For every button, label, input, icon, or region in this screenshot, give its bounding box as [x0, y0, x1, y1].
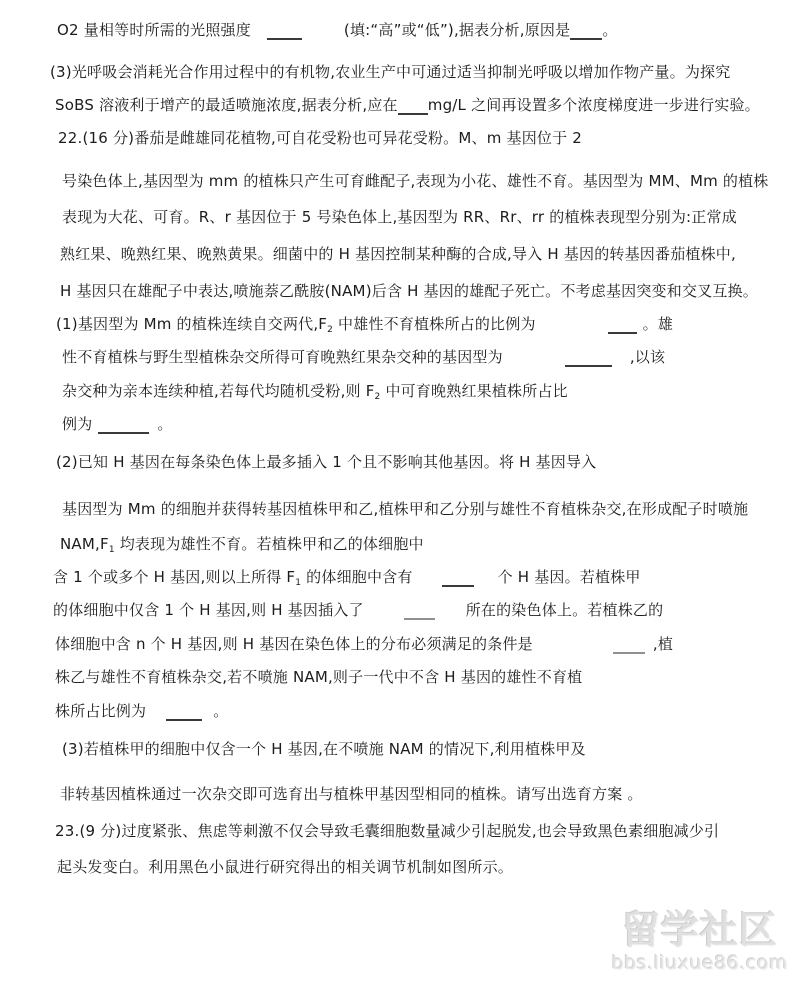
text-line-15: NAM,F1 均表现为雄性不育。若植株甲和乙的体细胞中	[60, 534, 424, 560]
answer-blank	[565, 363, 612, 367]
text-run: (1)基因型为 Mm 的植株连续自交两代,F	[56, 315, 327, 333]
text-run: 株所占比例为	[55, 702, 146, 720]
text-run: 。	[213, 702, 228, 720]
text-line-12: 例为。	[62, 414, 173, 434]
text-line-7: 熟红果、晚熟红果、晚熟黄果。细菌中的 H 基因控制某种酶的合成,导入 H 基因的…	[60, 244, 736, 264]
answer-blank	[442, 583, 474, 587]
text-run: O2 量相等时所需的光照强度	[57, 21, 251, 39]
text-run: 的体细胞中含有	[301, 568, 412, 586]
text-run: (3)光呼吸会消耗光合作用过程中的有机物,农业生产中可通过适当抑制光呼吸以增加作…	[50, 63, 730, 81]
text-line-24: 起头发变白。利用黑色小鼠进行研究得出的相关调节机制如图所示。	[57, 857, 513, 877]
text-line-13: (2)已知 H 基因在每条染色体上最多插入 1 个且不影响其他基因。将 H 基因…	[56, 452, 596, 472]
text-line-19: 株乙与雄性不育植株杂交,若不喷施 NAM,则子一代中不含 H 基因的雄性不育植	[55, 667, 582, 687]
text-run: (2)已知 H 基因在每条染色体上最多插入 1 个且不影响其他基因。将 H 基因…	[56, 453, 596, 471]
text-line-21: (3)若植株甲的细胞中仅含一个 H 基因,在不喷施 NAM 的情况下,利用植株甲…	[62, 739, 586, 759]
text-run: 的体细胞中仅含 1 个 H 基因,则 H 基因插入了	[53, 601, 364, 619]
text-run: 中可育晚熟红果植株所占比	[380, 382, 567, 400]
text-run: ,以该	[630, 348, 665, 366]
text-line-10: 性不育植株与野生型植株杂交所得可育晚熟红果杂交种的基因型为,以该	[62, 347, 665, 367]
text-run: 。	[602, 21, 617, 39]
text-run: 均表现为雄性不育。若植株甲和乙的体细胞中	[115, 535, 424, 553]
text-line-1: O2 量相等时所需的光照强度(填:“高”或“低”),据表分析,原因是。	[57, 20, 618, 40]
text-line-3: SoBS 溶液利于增产的最适喷施浓度,据表分析,应在mg/L 之间再设置多个浓度…	[55, 95, 760, 115]
answer-blank	[98, 430, 149, 434]
text-run: 杂交种为亲本连续种植,若每代均随机受粉,则 F	[62, 382, 375, 400]
text-line-20: 株所占比例为。	[55, 701, 228, 721]
text-run: ,植	[653, 635, 673, 653]
answer-blank	[267, 36, 302, 40]
text-run: 非转基因植株通过一次杂交即可选育出与植株甲基因型相同的植株。请写出选育方案 。	[60, 785, 643, 803]
answer-blank	[608, 330, 637, 334]
text-line-23: 23.(9 分)过度紧张、焦虑等刺激不仅会导致毛囊细胞数量减少引起脱发,也会导致…	[55, 821, 719, 841]
document-page: 留学社区 bbs.liuxue86.com O2 量相等时所需的光照强度(填:“…	[0, 0, 804, 988]
text-line-6: 表现为大花、可育。R、r 基因位于 5 号染色体上,基因型为 RR、Rr、rr …	[62, 207, 737, 227]
text-run: 22.(16 分)番茄是雌雄同花植物,可自花受粉也可异花受粉。M、m 基因位于 …	[58, 129, 582, 147]
text-run: SoBS 溶液利于增产的最适喷施浓度,据表分析,应在	[55, 96, 398, 114]
answer-blank	[613, 650, 645, 654]
text-line-18: 体细胞中含 n 个 H 基因,则 H 基因在染色体上的分布必须满足的条件是,植	[55, 634, 673, 654]
text-line-8: H 基因只在雄配子中表达,喷施萘乙酰胺(NAM)后含 H 基因的雄配子死亡。不考…	[60, 281, 758, 301]
text-run: 性不育植株与野生型植株杂交所得可育晚熟红果杂交种的基因型为	[62, 348, 503, 366]
text-line-22: 非转基因植株通过一次杂交即可选育出与植株甲基因型相同的植株。请写出选育方案 。	[60, 784, 643, 804]
answer-blank	[166, 717, 202, 721]
text-line-17: 的体细胞中仅含 1 个 H 基因,则 H 基因插入了所在的染色体上。若植株乙的	[53, 600, 663, 620]
answer-blank	[398, 111, 428, 115]
text-run: H 基因只在雄配子中表达,喷施萘乙酰胺(NAM)后含 H 基因的雄配子死亡。不考…	[60, 282, 758, 300]
text-run: 。雄	[643, 315, 673, 333]
text-line-14: 基因型为 Mm 的细胞并获得转基因植株甲和乙,植株甲和乙分别与雄性不育植株杂交,…	[62, 499, 748, 519]
text-run: NAM,F	[60, 535, 109, 553]
text-run: (填:“高”或“低”),据表分析,原因是	[344, 21, 570, 39]
text-run: 株乙与雄性不育植株杂交,若不喷施 NAM,则子一代中不含 H 基因的雄性不育植	[55, 668, 582, 686]
answer-blank	[404, 616, 435, 620]
watermark-url: bbs.liuxue86.com	[612, 952, 788, 974]
text-run: 23.(9 分)过度紧张、焦虑等刺激不仅会导致毛囊细胞数量减少引起脱发,也会导致…	[55, 822, 719, 840]
watermark-title: 留学社区	[612, 899, 788, 954]
text-run: 基因型为 Mm 的细胞并获得转基因植株甲和乙,植株甲和乙分别与雄性不育植株杂交,…	[62, 500, 748, 518]
text-line-4: 22.(16 分)番茄是雌雄同花植物,可自花受粉也可异花受粉。M、m 基因位于 …	[58, 128, 582, 148]
text-line-11: 杂交种为亲本连续种植,若每代均随机受粉,则 F2 中可育晚熟红果植株所占比	[62, 381, 568, 407]
answer-blank	[570, 36, 602, 40]
text-run: 表现为大花、可育。R、r 基因位于 5 号染色体上,基因型为 RR、Rr、rr …	[62, 208, 737, 226]
text-run: 起头发变白。利用黑色小鼠进行研究得出的相关调节机制如图所示。	[57, 858, 513, 876]
text-run: 号染色体上,基因型为 mm 的植株只产生可育雌配子,表现为小花、雄性不育。基因型…	[62, 172, 768, 190]
text-run: 所在的染色体上。若植株乙的	[466, 601, 664, 619]
text-run: 熟红果、晚熟红果、晚熟黄果。细菌中的 H 基因控制某种酶的合成,导入 H 基因的…	[60, 245, 736, 263]
text-run: 个 H 基因。若植株甲	[498, 568, 641, 586]
text-run: 中雄性不育植株所占的比例为	[333, 315, 536, 333]
text-run: 例为	[62, 415, 92, 433]
text-run: 。	[157, 415, 172, 433]
text-line-9: (1)基因型为 Mm 的植株连续自交两代,F2 中雄性不育植株所占的比例为。雄	[56, 314, 673, 340]
text-line-16: 含 1 个或多个 H 基因,则以上所得 F1 的体细胞中含有个 H 基因。若植株…	[53, 567, 641, 593]
text-run: 体细胞中含 n 个 H 基因,则 H 基因在染色体上的分布必须满足的条件是	[55, 635, 533, 653]
text-line-5: 号染色体上,基因型为 mm 的植株只产生可育雌配子,表现为小花、雄性不育。基因型…	[62, 171, 768, 191]
text-run: mg/L 之间再设置多个浓度梯度进一步进行实验。	[428, 96, 760, 114]
text-line-2: (3)光呼吸会消耗光合作用过程中的有机物,农业生产中可通过适当抑制光呼吸以增加作…	[50, 62, 730, 82]
text-run: 含 1 个或多个 H 基因,则以上所得 F	[53, 568, 295, 586]
text-run: (3)若植株甲的细胞中仅含一个 H 基因,在不喷施 NAM 的情况下,利用植株甲…	[62, 740, 586, 758]
watermark: 留学社区 bbs.liuxue86.com	[612, 899, 788, 974]
